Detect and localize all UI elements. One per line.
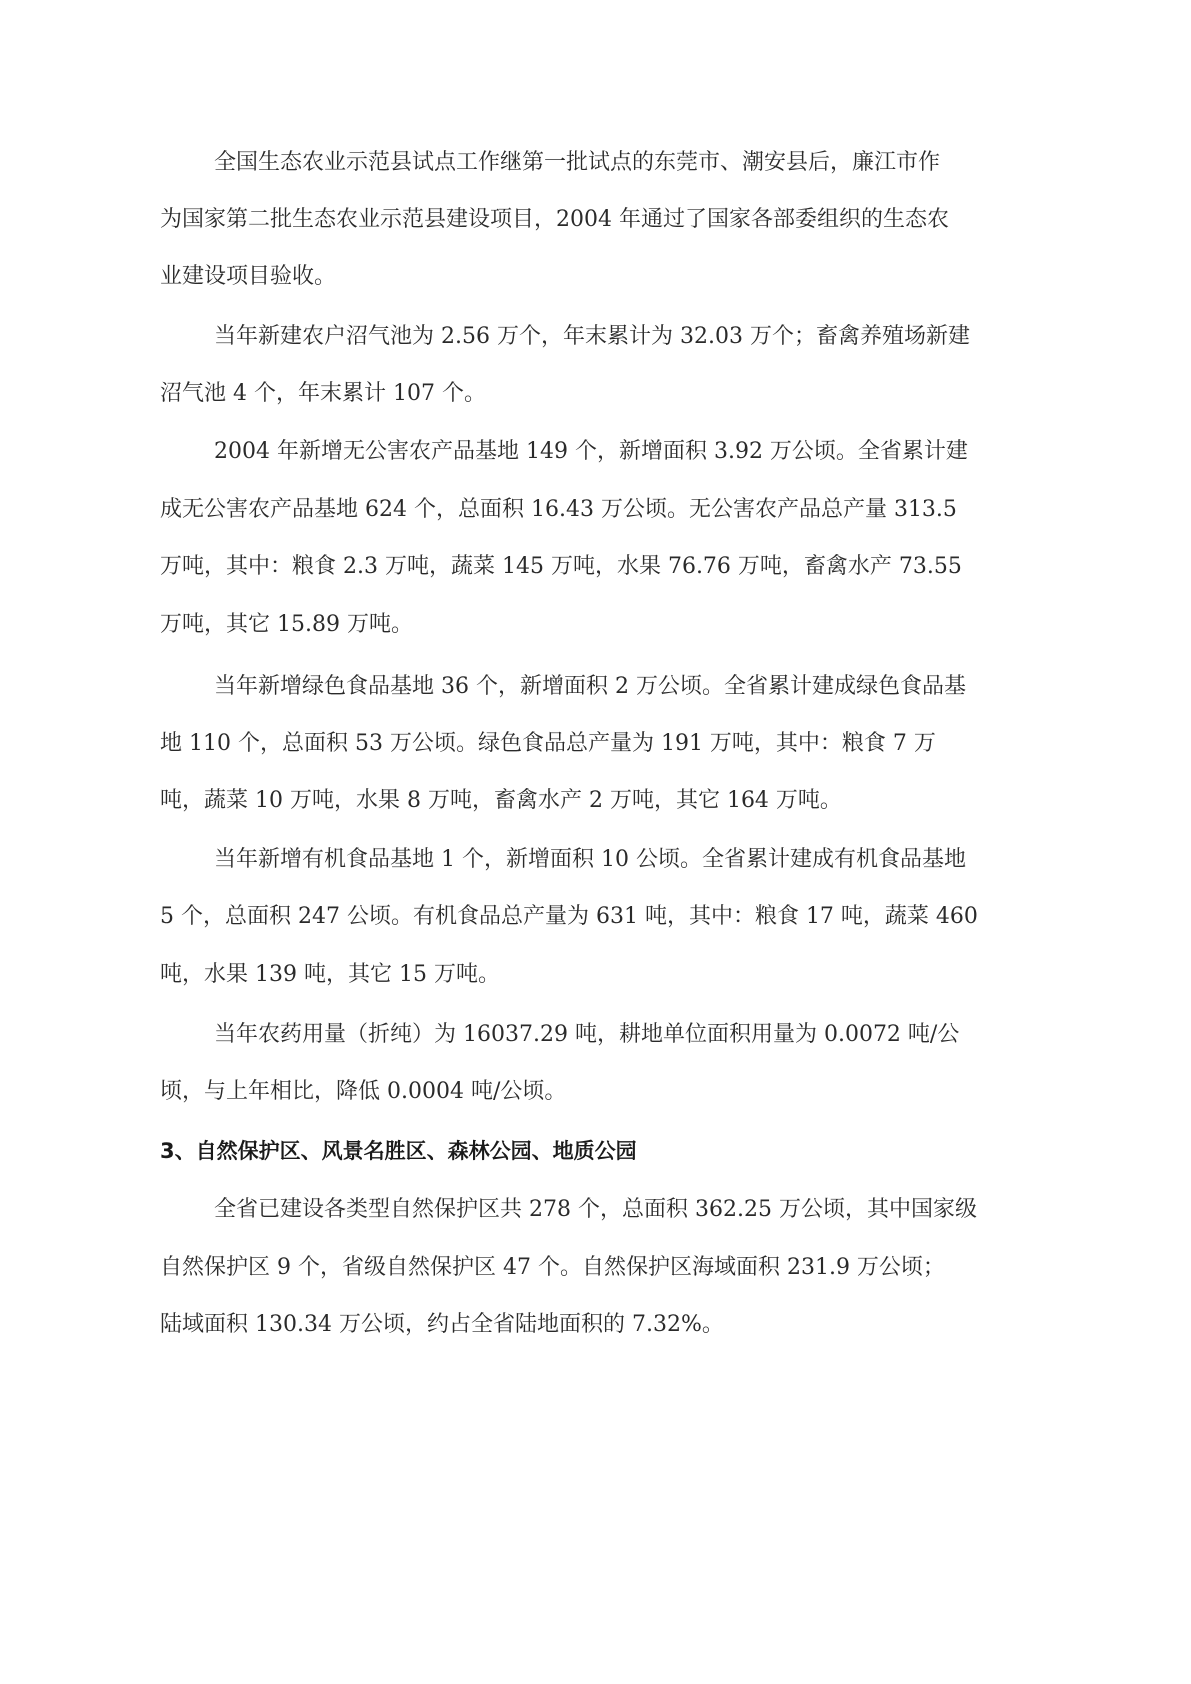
text-line: 沼气池 4 个，年末累计 107 个。 (160, 380, 486, 408)
text-line: 当年新增绿色食品基地 36 个，新增面积 2 万公顷。全省累计建成绿色食品基 (214, 673, 966, 701)
text-line: 自然保护区 9 个，省级自然保护区 47 个。自然保护区海域面积 231.9 万… (160, 1254, 945, 1282)
text-line: 2004 年新增无公害农产品基地 149 个，新增面积 3.92 万公顷。全省累… (214, 438, 968, 466)
text-line: 顷，与上年相比，降低 0.0004 吨/公顷。 (160, 1078, 566, 1106)
text-line: 业建设项目验收。 (160, 263, 336, 291)
text-line: 吨，水果 139 吨，其它 15 万吨。 (160, 961, 500, 989)
text-line: 当年新增有机食品基地 1 个，新增面积 10 公顷。全省累计建成有机食品基地 (214, 846, 966, 874)
text-line: 全省已建设各类型自然保护区共 278 个，总面积 362.25 万公顷，其中国家… (214, 1196, 977, 1224)
text-line: 5 个，总面积 247 公顷。有机食品总产量为 631 吨，其中：粮食 17 吨… (160, 903, 978, 931)
text-line: 为国家第二批生态农业示范县建设项目，2004 年通过了国家各部委组织的生态农 (160, 206, 949, 234)
text-line: 万吨，其它 15.89 万吨。 (160, 611, 413, 639)
text-line: 成无公害农产品基地 624 个，总面积 16.43 万公顷。无公害农产品总产量 … (160, 496, 957, 524)
text-line: 当年新建农户沼气池为 2.56 万个，年末累计为 32.03 万个；畜禽养殖场新… (214, 323, 970, 351)
text-line: 吨，蔬菜 10 万吨，水果 8 万吨，畜禽水产 2 万吨，其它 164 万吨。 (160, 787, 842, 815)
text-line: 当年农药用量（折纯）为 16037.29 吨，耕地单位面积用量为 0.0072 … (214, 1021, 959, 1049)
text-line: 万吨，其中：粮食 2.3 万吨，蔬菜 145 万吨，水果 76.76 万吨，畜禽… (160, 553, 962, 581)
text-line: 全国生态农业示范县试点工作继第一批试点的东莞市、潮安县后，廉江市作 (214, 149, 940, 177)
text-line: 地 110 个，总面积 53 万公顷。绿色食品总产量为 191 万吨，其中：粮食… (160, 730, 936, 758)
text-line: 陆域面积 130.34 万公顷，约占全省陆地面积的 7.32%。 (160, 1311, 724, 1339)
section-heading: 3、自然保护区、风景名胜区、森林公园、地质公园 (160, 1137, 637, 1165)
